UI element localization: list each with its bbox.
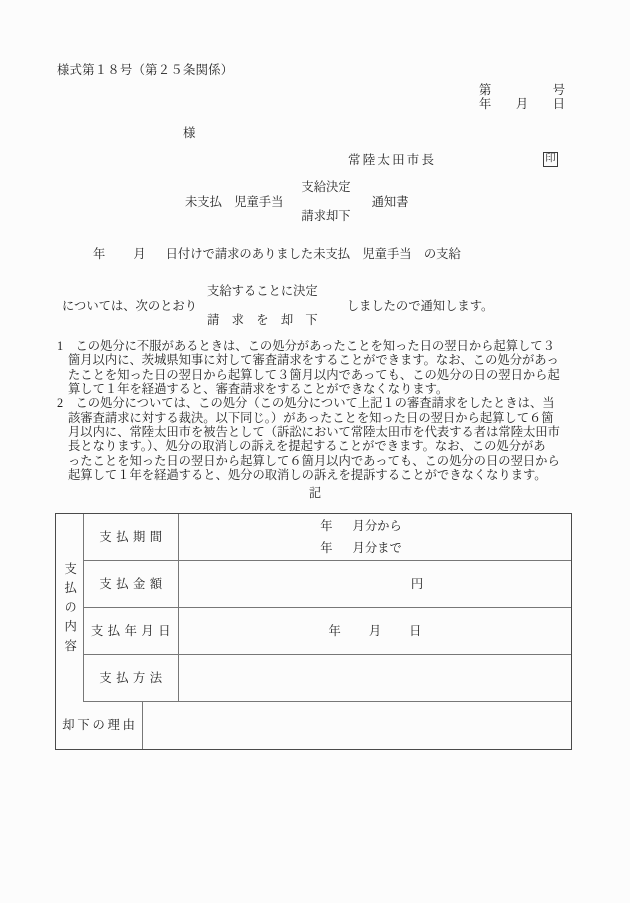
payment-period-value: 年 月分から 年 月分まで [179,514,571,560]
title-choice-stack: 支給決定 請求却下 [301,181,350,223]
table-row-payment-method: 支払方法 [84,655,571,702]
note-line: ったことを知った日の翌日から起算して６箇月以内であっても、この処分の日の翌日から [57,454,582,468]
doc-number-line: 第 号 [479,84,565,98]
payment-period-label: 支払期間 [84,514,179,560]
decision-line: については、次のとおり 支給することに決定 請 求 を 却 下 しましたので通知… [62,285,493,327]
form-number: 様式第１８号（第２５条関係） [57,63,233,77]
seal-character: 印 [545,153,556,165]
yen-unit-label: 円 [411,577,423,591]
period-from-month-label: 月分から [353,515,402,537]
payment-date-value: 年 月 日 [179,608,571,654]
table-row-payment-amount: 支払金額 円 [84,561,571,608]
rejection-reason-label: 却下の理由 [56,702,143,749]
pay-month-label: 月 [369,624,381,638]
note-line: 1 この処分に不服があるときは、この処分があったことを知った日の翌日から起算して… [57,339,582,353]
request-month-label: 月 [133,247,145,261]
issue-date-line: 年 月 日 [479,98,565,112]
sender-name: 常陸太田市長 [348,153,436,168]
payment-method-value [179,655,571,701]
payment-period-range: 年 月分から 年 月分まで [320,515,402,559]
table-row-rejection-reason: 却下の理由 [56,702,571,749]
decision-suffix: しましたので通知します。 [347,299,494,313]
ki-marker: 記 [0,486,630,500]
table-row-payment-period: 支払期間 年 月分から 年 月分まで [84,514,571,561]
decision-option-reject: 請 求 を 却 下 [207,314,318,327]
title-option-reject: 請求却下 [301,210,350,223]
payment-rows: 支払期間 年 月分から 年 月分まで [84,514,571,702]
period-to-month-label: 月分まで [353,537,402,559]
payment-amount-value: 円 [179,561,571,607]
decision-prefix: については、次のとおり [62,299,197,313]
document-page: 様式第１８号（第２５条関係） 第 号 年 月 日 様 常陸太田市長 印 未支払 … [0,0,630,903]
period-from-year-label: 年 [320,515,332,537]
note-2: 2 この処分については、この処分（この処分について上記１の審査請求をしたときは、… [57,396,582,482]
note-line: 長となります。）、処分の取消しの訴えを提起することができます。なお、この処分があ [57,439,582,453]
date-year-label: 年 [479,98,491,112]
note-line: 箇月以内に、茨城県知事に対して審査請求をすることができます。なお、この処分があっ [57,353,582,367]
note-line: 2 この処分については、この処分（この処分について上記１の審査請求をしたときは、… [57,396,582,410]
request-year-label: 年 [93,247,105,261]
date-month-label: 月 [516,98,528,112]
note-line: たことを知った日の翌日から起算して３箇月以内であっても、この処分の日の翌日から起 [57,368,582,382]
note-line: 算して１年を経過すると、審査請求をすることができなくなります。 [57,382,582,396]
doc-number-prefix: 第 [479,84,491,98]
period-to-year-label: 年 [320,537,332,559]
note-1: 1 この処分に不服があるときは、この処分があったことを知った日の翌日から起算して… [57,339,582,396]
note-line: 起算して１年を経過すると、処分の取消しの訴えを提訴することができなくなります。 [57,468,582,482]
notice-title: 未支払 児童手当 支給決定 請求却下 通知書 [185,181,409,223]
payment-method-label: 支払方法 [84,655,179,701]
payment-group-header: 支払の内容 [56,514,84,702]
decision-choice-stack: 支給することに決定 請 求 を 却 下 [207,285,318,327]
title-prefix: 未支払 児童手当 [185,195,283,209]
pay-year-label: 年 [329,624,341,638]
note-line: 該審査請求に対する裁決。以下同じ。）があったことを知った日の翌日から起算して６箇 [57,411,582,425]
decision-option-grant: 支給することに決定 [207,285,318,298]
addressee-honorific: 様 [183,126,196,141]
date-day-label: 日 [553,98,565,112]
rejection-reason-value [143,702,571,749]
payment-date-label: 支払年月日 [84,608,179,654]
payment-period-to: 年 月分まで [320,537,402,559]
appeal-notes: 1 この処分に不服があるときは、この処分があったことを知った日の翌日から起算して… [57,339,582,482]
payment-period-from: 年 月分から [320,515,402,537]
table-row-payment-date: 支払年月日 年 月 日 [84,608,571,655]
title-suffix: 通知書 [372,195,409,209]
request-text: 日付けで請求のありました未支払 児童手当 の支給 [166,247,461,261]
note-line: 月以内に、常陸太田市を被告として（訴訟において常陸太田市を代表する者は常陸太田市 [57,425,582,439]
title-option-grant: 支給決定 [301,181,350,194]
doc-meta: 第 号 年 月 日 [479,84,565,111]
request-line: 年 月 日付けで請求のありました未支払 児童手当 の支給 [57,247,461,261]
payment-table-upper: 支払の内容 支払期間 年 月分から 年 月分まで [56,514,571,702]
payment-amount-label: 支払金額 [84,561,179,607]
pay-day-label: 日 [409,624,421,638]
seal-stamp: 印 [543,152,558,167]
doc-number-suffix: 号 [553,84,565,98]
payment-table: 支払の内容 支払期間 年 月分から 年 月分まで [55,513,572,750]
